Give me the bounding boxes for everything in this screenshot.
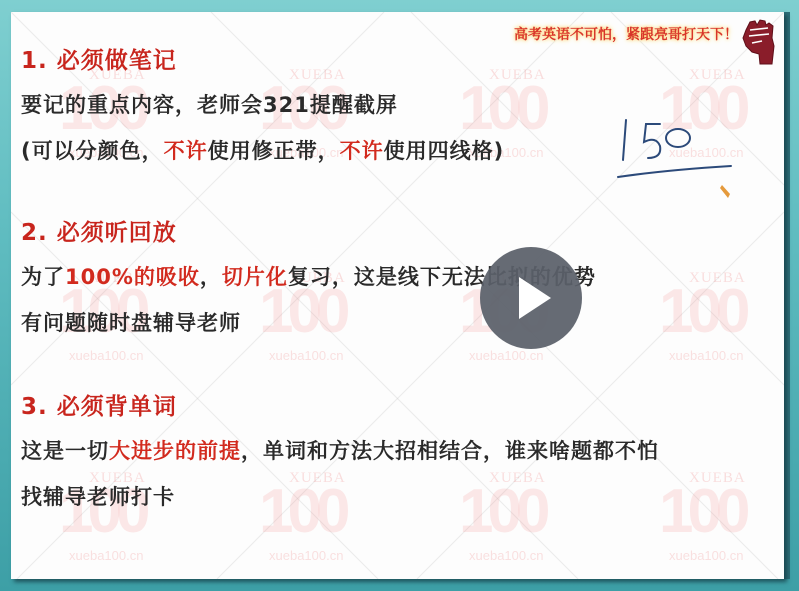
watermark-number: 100: [659, 276, 744, 347]
highlighted-text: 不许: [164, 139, 208, 163]
lecture-slide: 100XUEBAxueba100.cn100XUEBAxueba100.cn10…: [11, 12, 784, 579]
section-heading: 2. 必须听回放: [21, 218, 596, 248]
body-line: 要记的重点内容，老师会321提醒截屏: [21, 90, 504, 120]
watermark-url: xueba100.cn: [469, 548, 543, 563]
pencil-cursor-icon: [720, 185, 730, 198]
watermark-brand: XUEBA: [689, 270, 746, 287]
watermark-url: xueba100.cn: [669, 548, 743, 563]
highlighted-text: 不许: [340, 139, 384, 163]
body-text: 为了: [21, 265, 65, 289]
section-heading: 1. 必须做笔记: [21, 46, 504, 76]
video-player[interactable]: 100XUEBAxueba100.cn100XUEBAxueba100.cn10…: [0, 0, 799, 591]
section-3: 3. 必须背单词这是一切大进步的前提，单词和方法大招相结合，谁来啥题都不怕找辅导…: [21, 392, 659, 528]
highlighted-text: 大进步的前提: [109, 439, 241, 463]
body-text: 有问题随时盘辅导老师: [21, 311, 241, 335]
body-text: 使用四线格): [384, 139, 505, 163]
watermark-brand: XUEBA: [689, 67, 746, 84]
body-text: 这是一切: [21, 439, 109, 463]
watermark-number: 100: [659, 476, 744, 547]
play-icon: [519, 277, 551, 319]
body-line: 找辅导老师打卡: [21, 482, 659, 512]
body-line: (可以分颜色，不许使用修正带，不许使用四线格): [21, 136, 504, 166]
body-text: 使用修正带，: [208, 139, 340, 163]
xueba100-watermark: 100XUEBAxueba100.cn: [659, 470, 759, 579]
highlighted-text: 100%的吸收: [65, 265, 200, 289]
watermark-url: xueba100.cn: [269, 548, 343, 563]
body-text: 找辅导老师打卡: [21, 485, 175, 509]
section-1: 1. 必须做笔记要记的重点内容，老师会321提醒截屏(可以分颜色，不许使用修正带…: [21, 46, 504, 182]
highlighted-text: 切片化: [222, 265, 288, 289]
body-text: ，单词和方法大招相结合，谁来啥题都不怕: [241, 439, 659, 463]
watermark-url: xueba100.cn: [69, 548, 143, 563]
play-button[interactable]: [480, 247, 582, 349]
raised-fist-icon: [738, 16, 778, 66]
watermark-url: xueba100.cn: [669, 348, 743, 363]
body-text: (可以分颜色，: [21, 139, 164, 163]
section-heading: 3. 必须背单词: [21, 392, 659, 422]
watermark-brand: XUEBA: [689, 470, 746, 487]
slogan-banner: 高考英语不可怕，紧跟亮哥打天下！: [514, 24, 738, 44]
handwritten-150-annotation: [616, 102, 746, 202]
body-text: ，: [200, 265, 222, 289]
body-line: 这是一切大进步的前提，单词和方法大招相结合，谁来啥题都不怕: [21, 436, 659, 466]
body-text: 要记的重点内容，老师会321提醒截屏: [21, 93, 398, 117]
xueba100-watermark: 100XUEBAxueba100.cn: [659, 270, 759, 390]
